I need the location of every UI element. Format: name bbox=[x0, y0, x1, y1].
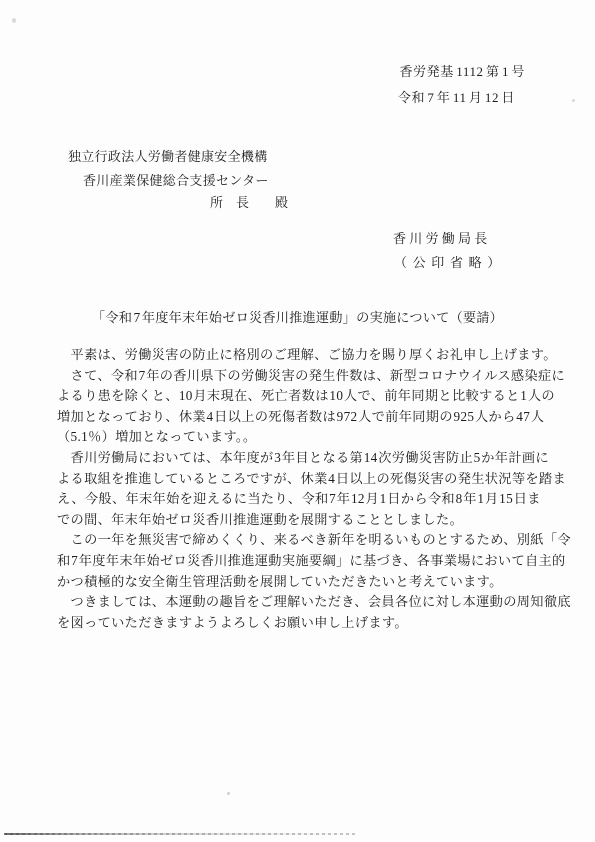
body-line: 香川労働局においては、本年度が 3 年目となる第 14 次労働災害防止 5 か年… bbox=[57, 448, 549, 469]
body-line: かつ積極的な安全衛生管理活動を展開していただきたいと考えています。 bbox=[57, 572, 549, 593]
body-line: 平素は、労働災害の防止に格別のご理解、ご協力を賜り厚くお礼申し上げます。 bbox=[57, 345, 549, 366]
scanned-letter-page: 香労発基 1112 第 1 号 令和 7 年 11 月 12 日 独立行政法人労… bbox=[0, 0, 595, 842]
scan-artifact-speck bbox=[12, 18, 16, 23]
seal-omission-note: （ 公 印 省 略 ） bbox=[394, 252, 501, 271]
addressee-center: 香川産業保健総合支援センター bbox=[83, 170, 269, 189]
body-line: よるり患を除くと、10 月末現在、死亡者数は 10 人で、前年同期と比較すると … bbox=[57, 386, 549, 407]
body-line: つきましては、本運動の趣旨をご理解いただき、会員各位に対し本運動の周知徹底 bbox=[57, 592, 549, 613]
scan-artifact-speck bbox=[227, 792, 230, 795]
body-line: よる取組を推進しているところですが、休業 4 日以上の死傷災害の発生状況等を踏ま bbox=[57, 469, 549, 490]
addressee-honorific: 所 長 殿 bbox=[210, 192, 288, 211]
body-line: 増加となっており、休業 4 日以上の死傷者数は 972 人で前年同期の 925 … bbox=[57, 407, 549, 428]
issue-date: 令和 7 年 11 月 12 日 bbox=[398, 87, 515, 106]
body-line: この一年を無災害で締めくくり、来るべき新年を明るいものとするため、別紙「令 bbox=[57, 530, 549, 551]
document-title: 「令和 7 年度年末年始ゼロ災香川推進運動」の実施について（要請） bbox=[0, 307, 595, 326]
body-line: での間、年末年始ゼロ災香川推進運動を展開することとしました。 bbox=[57, 510, 549, 531]
body-line: 和 7 年度年末年始ゼロ災香川推進運動実施要綱」に基づき、各事業場において自主的 bbox=[57, 551, 549, 572]
body-line: （5.1％）増加となっています。。 bbox=[57, 427, 549, 448]
document-number: 香労発基 1112 第 1 号 bbox=[399, 61, 525, 80]
body-line: さて、令和 7 年の香川県下の労働災害の発生件数は、新型コロナウイルス感染症に bbox=[57, 366, 549, 387]
scan-artifact-streak bbox=[4, 833, 356, 835]
body-line: え、今般、年末年始を迎えるに当たり、令和 7 年 12 月 1 日から令和 8 … bbox=[57, 489, 549, 510]
letter-body: 平素は、労働災害の防止に格別のご理解、ご協力を賜り厚くお礼申し上げます。 さて、… bbox=[57, 345, 549, 633]
scan-artifact-speck bbox=[572, 99, 575, 102]
body-line: を図っていただきますようよろしくお願い申し上げます。 bbox=[57, 613, 549, 634]
addressee-organization: 独立行政法人労働者健康安全機構 bbox=[68, 146, 268, 165]
sender-title: 香 川 労 働 局 長 bbox=[393, 228, 487, 247]
